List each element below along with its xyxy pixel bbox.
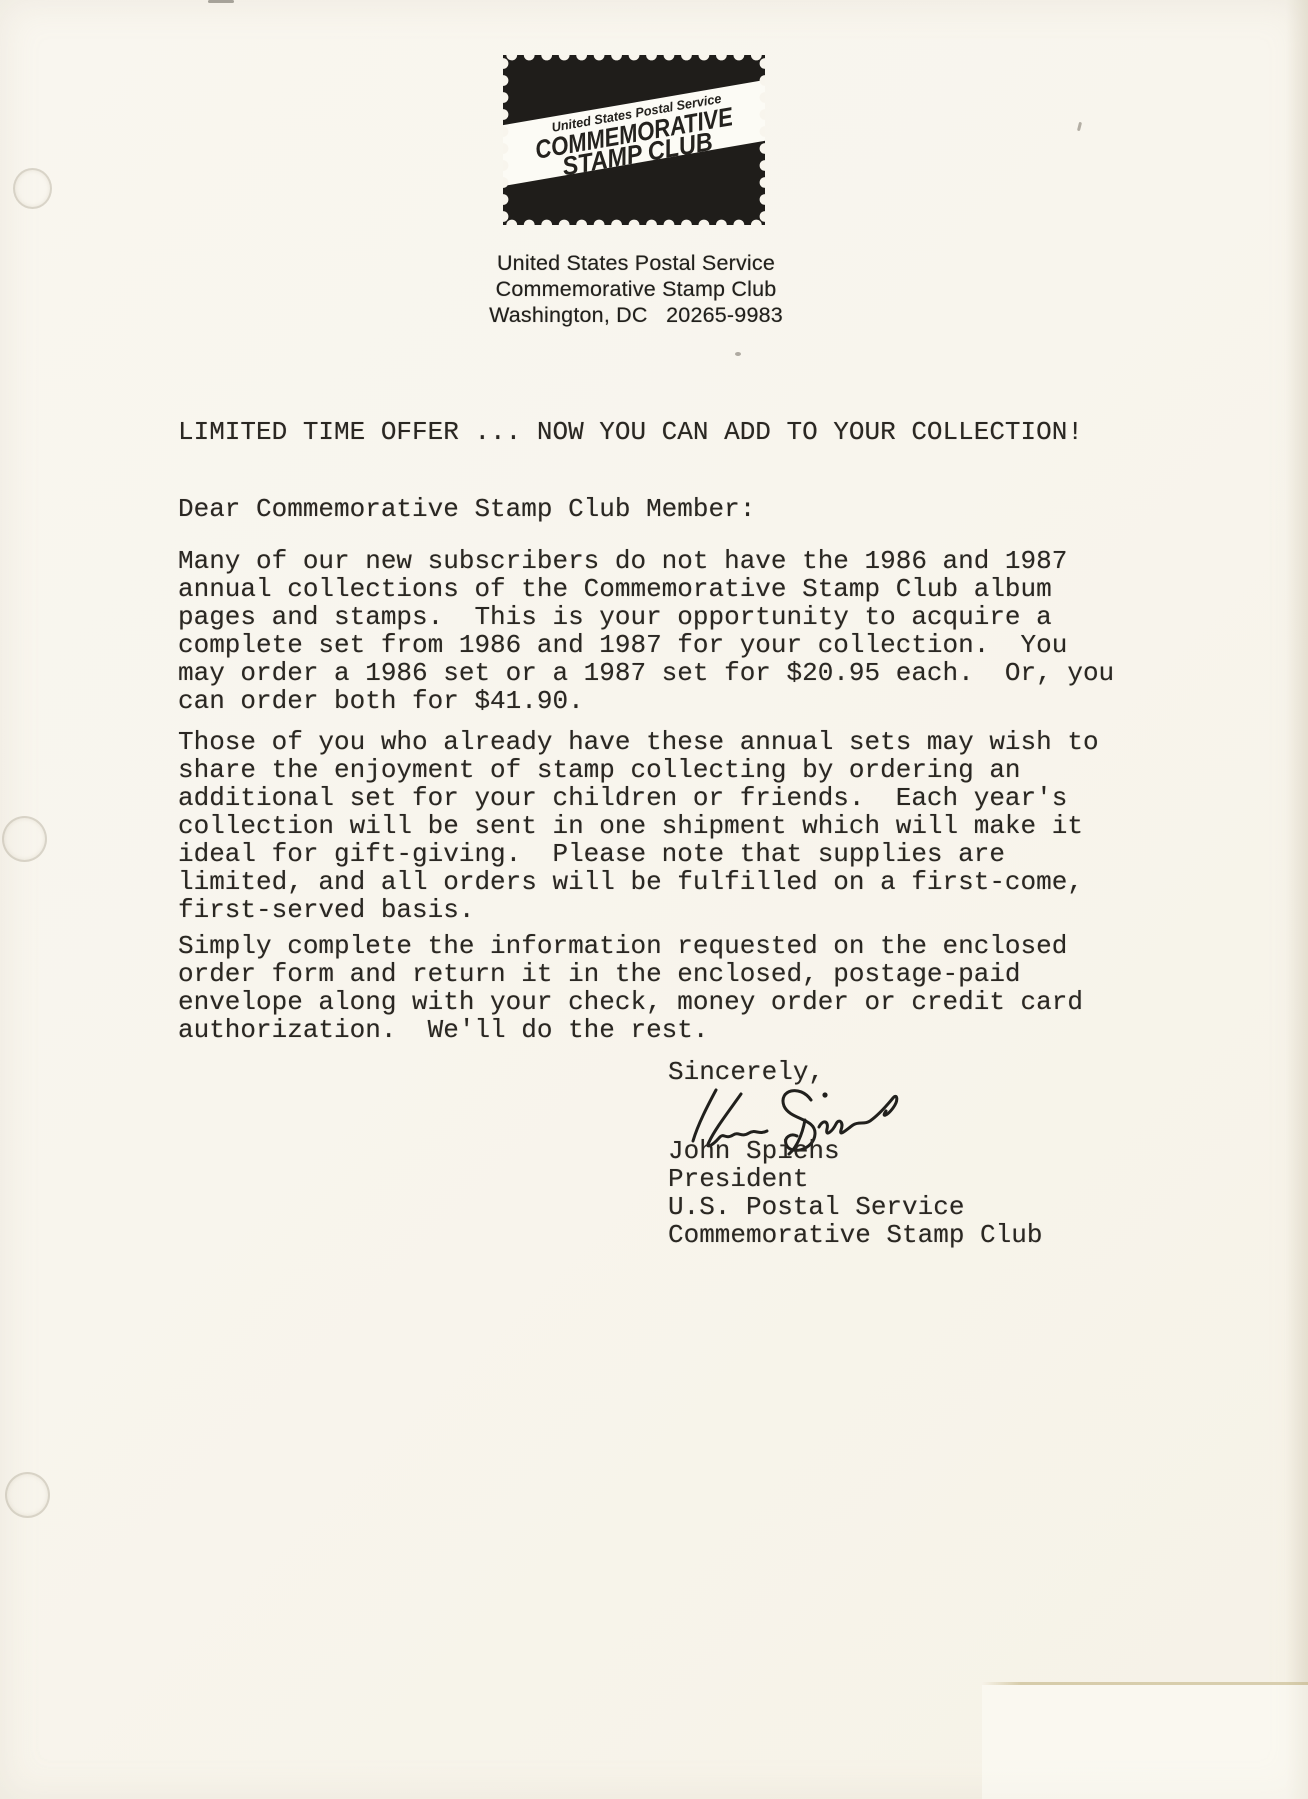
paragraph-2: Those of you who already have these annu… bbox=[178, 728, 1099, 924]
salutation: Dear Commemorative Stamp Club Member: bbox=[178, 495, 755, 523]
punch-hole-middle bbox=[2, 816, 47, 862]
scan-speck bbox=[735, 352, 741, 356]
sender-address: United States Postal Service Commemorati… bbox=[376, 250, 896, 328]
punch-hole-top bbox=[13, 168, 52, 209]
paper-right-edge-shadow bbox=[1286, 0, 1308, 1799]
paragraph-1: Many of our new subscribers do not have … bbox=[178, 547, 1114, 715]
signer-block: John Spiehs President U.S. Postal Servic… bbox=[668, 1137, 1042, 1249]
punch-hole-bottom bbox=[5, 1472, 50, 1518]
scan-smudge bbox=[208, 0, 234, 3]
paper-bottom-edge-area bbox=[982, 1685, 1308, 1799]
stamp-club-logo: United States Postal Service COMMEMORATI… bbox=[503, 55, 765, 225]
scan-speck bbox=[1077, 122, 1082, 131]
paragraph-3: Simply complete the information requeste… bbox=[178, 932, 1083, 1044]
scanned-letter-page: United States Postal Service COMMEMORATI… bbox=[0, 0, 1308, 1799]
signature-i-dot bbox=[822, 1092, 827, 1097]
headline: LIMITED TIME OFFER ... NOW YOU CAN ADD T… bbox=[178, 418, 1083, 446]
